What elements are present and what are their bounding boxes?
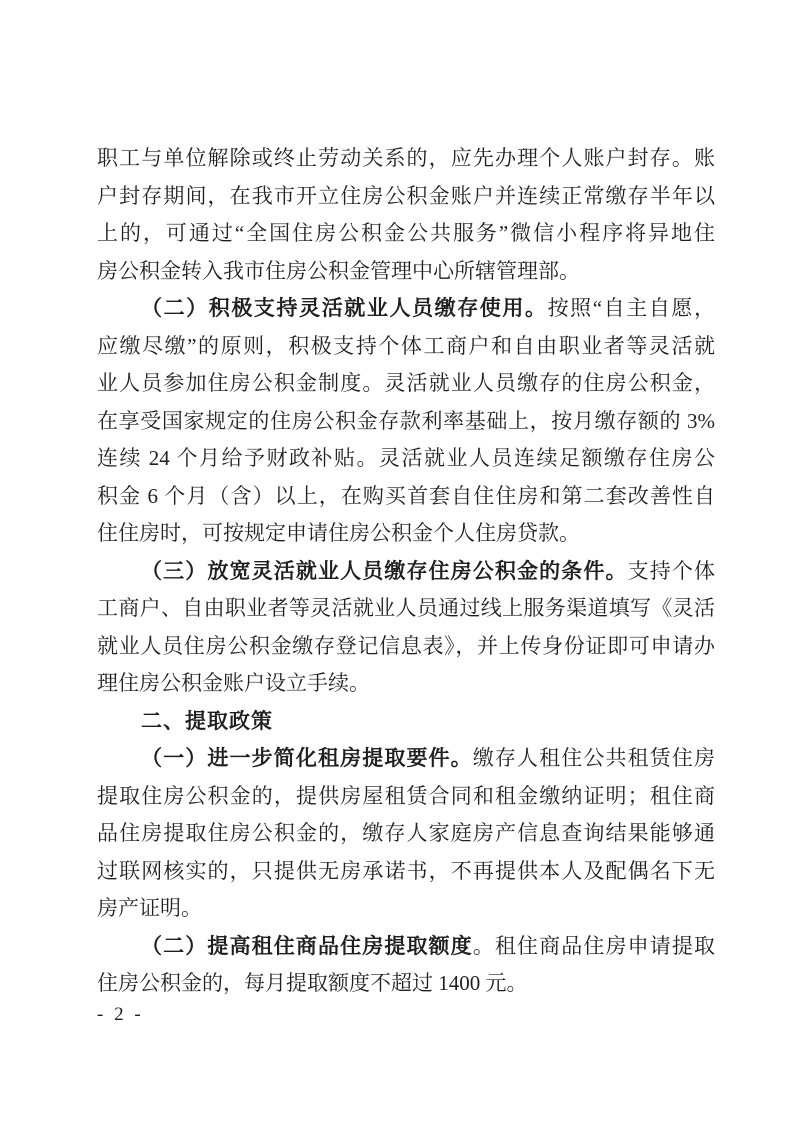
text-line: 应缴尽缴”的原则，积极支持个体工商户和自由职业者等灵活就 bbox=[97, 328, 715, 366]
paragraph-3: （三）放宽灵活就业人员缴存住房公积金的条件。支持个体 工商户、自由职业者等灵活就… bbox=[97, 553, 715, 703]
text-line: 业人员参加住房公积金制度。灵活就业人员缴存的住房公积金， bbox=[97, 365, 715, 403]
text-line: （三）放宽灵活就业人员缴存住房公积金的条件。支持个体 bbox=[97, 553, 715, 591]
text-line: 积金 6 个月（含）以上，在购买首套自住住房和第二套改善性自 bbox=[97, 478, 715, 516]
bold-lead-text: （二）提高租住商品住房提取额度 bbox=[141, 934, 473, 958]
document-page: 职工与单位解除或终止劳动关系的，应先办理个人账户封存。账 户封存期间，在我市开立… bbox=[0, 0, 794, 1123]
page-number: - 2 - bbox=[97, 1004, 144, 1026]
text-line: 提取住房公积金的，提供房屋租赁合同和租金缴纳证明；租住商 bbox=[97, 778, 715, 816]
text-line: 工商户、自由职业者等灵活就业人员通过线上服务渠道填写《灵活 bbox=[97, 590, 715, 628]
text-line: 在享受国家规定的住房公积金存款利率基础上，按月缴存额的 3% bbox=[97, 403, 715, 441]
text-line: （一）进一步简化租房提取要件。缴存人租住公共租赁住房 bbox=[97, 740, 715, 778]
body-text: 职工与单位解除或终止劳动关系的，应先办理个人账户封存。账 bbox=[97, 146, 715, 170]
document-text-block: 职工与单位解除或终止劳动关系的，应先办理个人账户封存。账 户封存期间，在我市开立… bbox=[97, 140, 715, 1003]
text-line: 理住房公积金账户设立手续。 bbox=[97, 665, 715, 703]
body-text: 工商户、自由职业者等灵活就业人员通过线上服务渠道填写《灵活 bbox=[97, 596, 715, 620]
paragraph-4: （一）进一步简化租房提取要件。缴存人租住公共租赁住房 提取住房公积金的，提供房屋… bbox=[97, 740, 715, 928]
text-line: 房产证明。 bbox=[97, 890, 715, 928]
body-text: 缴存人租住公共租赁住房 bbox=[473, 746, 715, 770]
body-text: 上的，可通过“全国住房公积金公共服务”微信小程序将异地住 bbox=[97, 221, 715, 245]
text-line: 住房公积金的，每月提取额度不超过 1400 元。 bbox=[97, 965, 715, 1003]
text-line: 连续 24 个月给予财政补贴。灵活就业人员连续足额缴存住房公 bbox=[97, 440, 715, 478]
body-text: 理住房公积金账户设立手续。 bbox=[97, 671, 370, 695]
body-text: 积金 6 个月（含）以上，在购买首套自住住房和第二套改善性自 bbox=[97, 484, 715, 508]
paragraph-1: 职工与单位解除或终止劳动关系的，应先办理个人账户封存。账 户封存期间，在我市开立… bbox=[97, 140, 715, 290]
text-line: 上的，可通过“全国住房公积金公共服务”微信小程序将异地住 bbox=[97, 215, 715, 253]
text-line: 过联网核实的，只提供无房承诺书，不再提供本人及配偶名下无 bbox=[97, 853, 715, 891]
body-text: 住住房时，可按规定申请住房公积金个人住房贷款。 bbox=[97, 521, 580, 545]
body-text: 提取住房公积金的，提供房屋租赁合同和租金缴纳证明；租住商 bbox=[97, 784, 715, 808]
section-heading: 二、提取政策 bbox=[97, 703, 715, 741]
body-text: 按照“自主自愿， bbox=[548, 296, 715, 320]
bold-lead-text: （三）放宽灵活就业人员缴存住房公积金的条件。 bbox=[141, 559, 628, 583]
body-text: 品住房提取住房公积金的，缴存人家庭房产信息查询结果能够通 bbox=[97, 821, 715, 845]
body-text: 户封存期间，在我市开立住房公积金账户并连续正常缴存半年以 bbox=[97, 184, 715, 208]
body-text: 房产证明。 bbox=[97, 896, 202, 920]
body-text: 房公积金转入我市住房公积金管理中心所辖管理部。 bbox=[97, 259, 580, 283]
text-line: 职工与单位解除或终止劳动关系的，应先办理个人账户封存。账 bbox=[97, 140, 715, 178]
body-text: 支持个体 bbox=[628, 559, 715, 583]
bold-lead-text: （一）进一步简化租房提取要件。 bbox=[141, 746, 473, 770]
body-text: 在享受国家规定的住房公积金存款利率基础上，按月缴存额的 3% bbox=[97, 409, 715, 433]
text-line: 品住房提取住房公积金的，缴存人家庭房产信息查询结果能够通 bbox=[97, 815, 715, 853]
text-line: 就业人员住房公积金缴存登记信息表》，并上传身份证即可申请办 bbox=[97, 628, 715, 666]
body-text: 连续 24 个月给予财政补贴。灵活就业人员连续足额缴存住房公 bbox=[97, 446, 715, 470]
text-line: 房公积金转入我市住房公积金管理中心所辖管理部。 bbox=[97, 253, 715, 291]
body-text: 业人员参加住房公积金制度。灵活就业人员缴存的住房公积金， bbox=[97, 371, 715, 395]
body-text: 。租住商品住房申请提取 bbox=[473, 934, 715, 958]
paragraph-5: （二）提高租住商品住房提取额度。租住商品住房申请提取 住房公积金的，每月提取额度… bbox=[97, 928, 715, 1003]
body-text: 住房公积金的，每月提取额度不超过 1400 元。 bbox=[97, 971, 528, 995]
text-line: （二）提高租住商品住房提取额度。租住商品住房申请提取 bbox=[97, 928, 715, 966]
bold-lead-text: （二）积极支持灵活就业人员缴存使用。 bbox=[141, 296, 548, 320]
text-line: （二）积极支持灵活就业人员缴存使用。按照“自主自愿， bbox=[97, 290, 715, 328]
paragraph-2: （二）积极支持灵活就业人员缴存使用。按照“自主自愿， 应缴尽缴”的原则，积极支持… bbox=[97, 290, 715, 553]
text-line: 住住房时，可按规定申请住房公积金个人住房贷款。 bbox=[97, 515, 715, 553]
body-text: 就业人员住房公积金缴存登记信息表》，并上传身份证即可申请办 bbox=[97, 634, 715, 658]
text-line: 户封存期间，在我市开立住房公积金账户并连续正常缴存半年以 bbox=[97, 178, 715, 216]
section-heading-text: 二、提取政策 bbox=[141, 710, 273, 733]
body-text: 应缴尽缴”的原则，积极支持个体工商户和自由职业者等灵活就 bbox=[97, 334, 715, 358]
body-text: 过联网核实的，只提供无房承诺书，不再提供本人及配偶名下无 bbox=[97, 859, 715, 883]
